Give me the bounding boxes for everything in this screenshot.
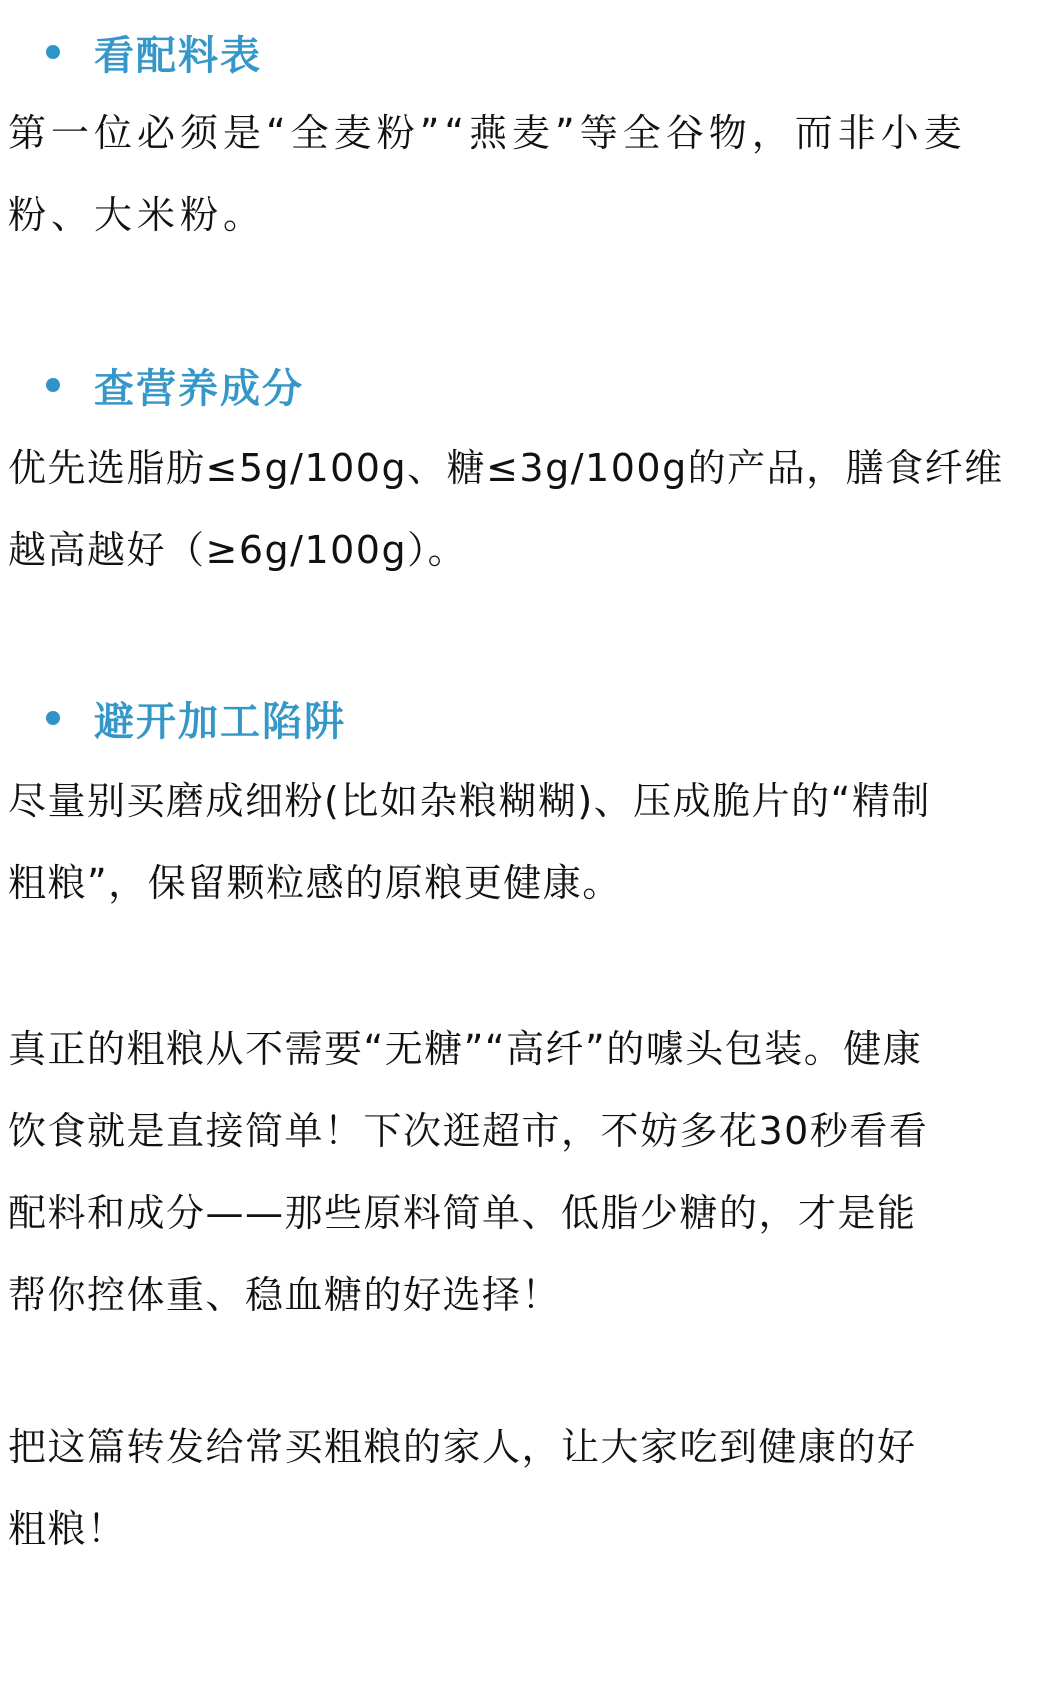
- section-body-nutrition: 优先选脂肪≤5g/100g、糖≤3g/100g的产品，膳食纤维 越高越好（≥6g…: [8, 427, 1058, 591]
- heading-text: 避开加工陷阱: [94, 690, 346, 747]
- body-line: 帮你控体重、稳血糖的好选择！: [8, 1254, 1058, 1336]
- body-line: 饮食就是直接简单！下次逛超市，不妨多花30秒看看: [8, 1090, 1058, 1172]
- section-heading-ingredients: 看配料表: [46, 22, 262, 82]
- conclusion-paragraph: 真正的粗粮从不需要“无糖”“高纤”的噱头包装。健康 饮食就是直接简单！下次逛超市…: [8, 1008, 1058, 1336]
- bullet-dot-icon: [46, 378, 60, 392]
- body-line: 配料和成分——那些原料简单、低脂少糖的，才是能: [8, 1172, 1058, 1254]
- body-line: 尽量别买磨成细粉(比如杂粮糊糊)、压成脆片的“精制: [8, 760, 1058, 842]
- section-body-processing-traps: 尽量别买磨成细粉(比如杂粮糊糊)、压成脆片的“精制 粗粮”，保留颗粒感的原粮更健…: [8, 760, 1058, 924]
- heading-text: 看配料表: [94, 24, 262, 81]
- bullet-dot-icon: [46, 711, 60, 725]
- body-line: 真正的粗粮从不需要“无糖”“高纤”的噱头包装。健康: [8, 1008, 1058, 1090]
- body-line: 第一位必须是“全麦粉”“燕麦”等全谷物，而非小麦: [8, 92, 1058, 174]
- body-line: 粗粮！: [8, 1488, 1058, 1570]
- body-line: 粗粮”，保留颗粒感的原粮更健康。: [8, 842, 1058, 924]
- body-line: 把这篇转发给常买粗粮的家人，让大家吃到健康的好: [8, 1406, 1058, 1488]
- body-line: 越高越好（≥6g/100g）。: [8, 509, 1058, 591]
- body-line: 优先选脂肪≤5g/100g、糖≤3g/100g的产品，膳食纤维: [8, 427, 1058, 509]
- section-heading-nutrition: 查营养成分: [46, 355, 304, 415]
- share-call-paragraph: 把这篇转发给常买粗粮的家人，让大家吃到健康的好 粗粮！: [8, 1406, 1058, 1570]
- body-line: 粉、大米粉。: [8, 174, 1058, 256]
- bullet-dot-icon: [46, 45, 60, 59]
- section-heading-processing-traps: 避开加工陷阱: [46, 688, 346, 748]
- heading-text: 查营养成分: [94, 357, 304, 414]
- section-body-ingredients: 第一位必须是“全麦粉”“燕麦”等全谷物，而非小麦 粉、大米粉。: [8, 92, 1058, 256]
